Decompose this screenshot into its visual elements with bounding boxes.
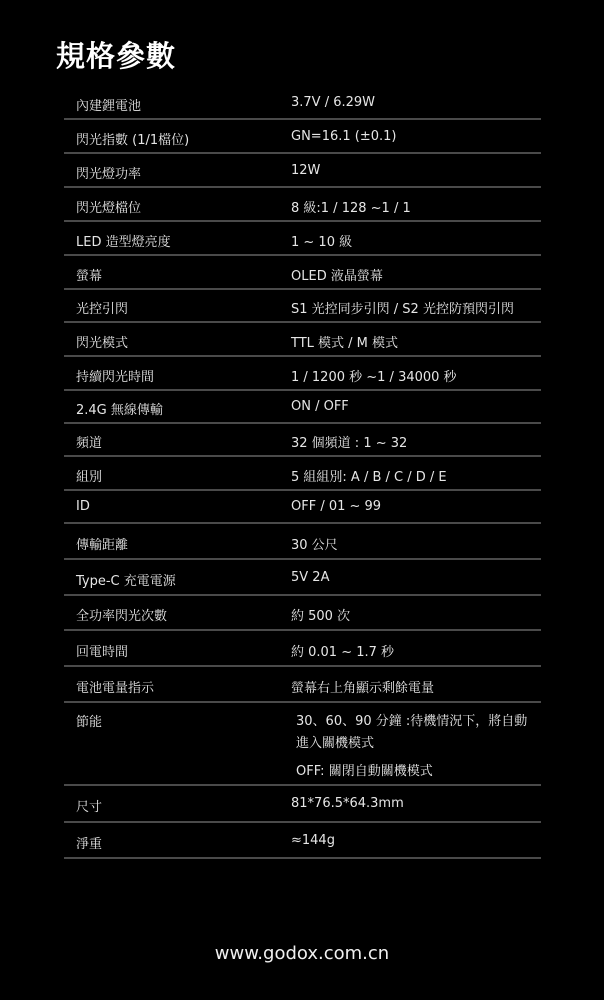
spec-label: 閃光模式 (76, 332, 128, 351)
spec-value-line: 5V 2A (291, 570, 329, 585)
spec-value: TTL 模式 / M 模式 (291, 332, 398, 351)
spec-label: 回電時間 (76, 641, 128, 660)
spec-label: 組別 (76, 466, 102, 485)
spec-value: 12W (291, 163, 320, 178)
spec-value: 32 個頻道 : 1 ~ 32 (291, 432, 407, 451)
spec-value-line: 81*76.5*64.3mm (291, 796, 404, 811)
spec-value: 3.7V / 6.29W (291, 95, 375, 110)
spec-value: 約 500 次 (291, 605, 350, 624)
spec-value-line: S1 光控同步引閃 / S2 光控防預閃引閃 (291, 298, 514, 317)
spec-value-line: OFF / 01 ~ 99 (291, 499, 381, 514)
spec-label: 閃光燈檔位 (76, 197, 141, 216)
spec-row: 頻道32 個頻道 : 1 ~ 32 (64, 424, 541, 457)
spec-label: 淨重 (76, 833, 102, 852)
spec-value: 30、60、90 分鐘 :待機情況下，將自動進入關機模式OFF: 關閉自動關機模… (296, 711, 527, 783)
spec-value-line: 約 500 次 (291, 605, 350, 624)
spec-row: 螢幕OLED 液晶螢幕 (64, 256, 541, 290)
page-title: 規格參數 (56, 34, 176, 75)
spec-row: 閃光模式TTL 模式 / M 模式 (64, 323, 541, 357)
spec-row: 2.4G 無線傳輸ON / OFF (64, 391, 541, 424)
spec-value-line: TTL 模式 / M 模式 (291, 332, 398, 351)
spec-label: Type-C 充電電源 (76, 570, 176, 589)
spec-value-line: OFF: 關閉自動關機模式 (296, 761, 527, 783)
spec-value: ON / OFF (291, 399, 349, 414)
footer-url[interactable]: www.godox.com.cn (0, 943, 604, 964)
spec-value: S1 光控同步引閃 / S2 光控防預閃引閃 (291, 298, 514, 317)
spec-label: 2.4G 無線傳輸 (76, 399, 163, 418)
spec-value-line: 進入關機模式 (296, 733, 527, 755)
spec-row: Type-C 充電電源5V 2A (64, 560, 541, 596)
spec-value: ≈144g (291, 833, 335, 848)
spec-label: 頻道 (76, 432, 102, 451)
spec-value: OFF / 01 ~ 99 (291, 499, 381, 514)
spec-label: ID (76, 499, 90, 514)
spec-value-line: 螢幕右上角顯示剩餘電量 (291, 677, 434, 696)
spec-row: 電池電量指示螢幕右上角顯示剩餘電量 (64, 667, 541, 703)
spec-value-line: OLED 液晶螢幕 (291, 265, 383, 284)
spec-label: 全功率閃光次數 (76, 605, 167, 624)
spec-value: 5 組組別: A / B / C / D / E (291, 466, 447, 485)
spec-row: 內建鋰電池3.7V / 6.29W (64, 86, 541, 120)
spec-row: 閃光燈功率12W (64, 154, 541, 188)
spec-row: 持續閃光時間1 / 1200 秒 ~1 / 34000 秒 (64, 357, 541, 391)
spec-value-line: ON / OFF (291, 399, 349, 414)
spec-row: 閃光指數 (1/1檔位)GN=16.1 (±0.1) (64, 120, 541, 154)
spec-label: 閃光指數 (1/1檔位) (76, 129, 189, 148)
spec-value-line: 8 級:1 / 128 ~1 / 1 (291, 197, 411, 216)
spec-value-line: 30、60、90 分鐘 :待機情況下，將自動 (296, 711, 527, 733)
spec-row: 組別5 組組別: A / B / C / D / E (64, 457, 541, 491)
spec-value: GN=16.1 (±0.1) (291, 129, 396, 144)
spec-value-line: 約 0.01 ~ 1.7 秒 (291, 641, 394, 660)
spec-value: 約 0.01 ~ 1.7 秒 (291, 641, 394, 660)
spec-label: 傳輸距離 (76, 534, 128, 553)
spec-label: 內建鋰電池 (76, 95, 141, 114)
spec-table: 內建鋰電池3.7V / 6.29W閃光指數 (1/1檔位)GN=16.1 (±0… (64, 86, 541, 859)
spec-row: 尺寸81*76.5*64.3mm (64, 786, 541, 823)
spec-label: 閃光燈功率 (76, 163, 141, 182)
spec-row: LED 造型燈亮度1 ~ 10 級 (64, 222, 541, 256)
spec-value-line: 1 ~ 10 級 (291, 231, 352, 250)
spec-value-line: 5 組組別: A / B / C / D / E (291, 466, 447, 485)
spec-value: 螢幕右上角顯示剩餘電量 (291, 677, 434, 696)
spec-label: 尺寸 (76, 796, 102, 815)
spec-value-line: 1 / 1200 秒 ~1 / 34000 秒 (291, 366, 457, 385)
spec-value: 8 級:1 / 128 ~1 / 1 (291, 197, 411, 216)
spec-label: 節能 (76, 711, 102, 730)
spec-label: LED 造型燈亮度 (76, 231, 171, 250)
spec-row: 光控引閃S1 光控同步引閃 / S2 光控防預閃引閃 (64, 290, 541, 323)
spec-value: 30 公尺 (291, 534, 338, 553)
spec-row: 節能30、60、90 分鐘 :待機情況下，將自動進入關機模式OFF: 關閉自動關… (64, 703, 541, 786)
spec-row: IDOFF / 01 ~ 99 (64, 491, 541, 524)
spec-row: 回電時間約 0.01 ~ 1.7 秒 (64, 631, 541, 667)
spec-value: 5V 2A (291, 570, 329, 585)
spec-label: 螢幕 (76, 265, 102, 284)
spec-row: 全功率閃光次數約 500 次 (64, 596, 541, 631)
spec-value: 1 / 1200 秒 ~1 / 34000 秒 (291, 366, 457, 385)
spec-value: 81*76.5*64.3mm (291, 796, 404, 811)
spec-row: 傳輸距離30 公尺 (64, 524, 541, 560)
spec-value-line: GN=16.1 (±0.1) (291, 129, 396, 144)
spec-row: 淨重≈144g (64, 823, 541, 859)
spec-value-line: 3.7V / 6.29W (291, 95, 375, 110)
spec-label: 持續閃光時間 (76, 366, 154, 385)
spec-value-line: 32 個頻道 : 1 ~ 32 (291, 432, 407, 451)
spec-value: 1 ~ 10 級 (291, 231, 352, 250)
spec-value-line: 30 公尺 (291, 534, 338, 553)
spec-value-line: ≈144g (291, 833, 335, 848)
spec-label: 光控引閃 (76, 298, 128, 317)
spec-label: 電池電量指示 (76, 677, 154, 696)
spec-value-line: 12W (291, 163, 320, 178)
spec-row: 閃光燈檔位8 級:1 / 128 ~1 / 1 (64, 188, 541, 222)
spec-value: OLED 液晶螢幕 (291, 265, 383, 284)
